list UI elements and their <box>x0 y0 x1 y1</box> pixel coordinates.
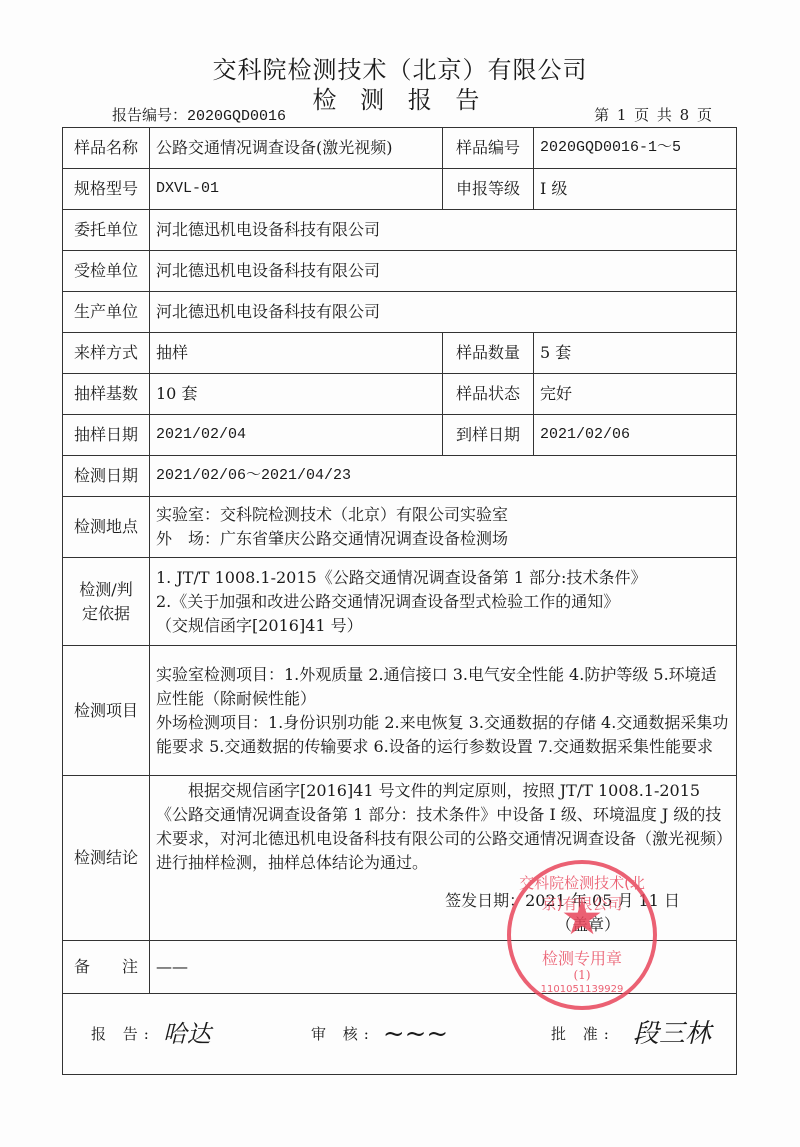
report-number-label: 报告编号： <box>112 106 187 124</box>
page-info: 第 1 页 共 8 页 <box>594 104 712 125</box>
basis-line3: （交规信函字[2016]41 号） <box>156 614 730 638</box>
value-conclusion: 根据交规信函字[2016]41 号文件的判定原则，按照 JT/T 1008.1-… <box>150 776 737 941</box>
label-client: 委托单位 <box>63 210 150 251</box>
issue-date: 签发日期：2021 年 05 月 11 日 <box>156 889 730 913</box>
value-sampling-base: 10 套 <box>150 374 443 415</box>
label-test-date: 检测日期 <box>63 456 150 497</box>
basis-line2: 2.《关于加强和改进公路交通情况调查设备型式检验工作的通知》 <box>156 590 730 614</box>
label-sample-name: 样品名称 <box>63 128 150 169</box>
label-basis-line1: 检测/判 <box>69 578 143 602</box>
label-sampling-method: 来样方式 <box>63 333 150 374</box>
label-grade: 申报等级 <box>443 169 534 210</box>
value-sample-qty: 5 套 <box>534 333 737 374</box>
table-row: 受检单位 河北德迅机电设备科技有限公司 <box>63 251 737 292</box>
label-sampling-date: 抽样日期 <box>63 415 150 456</box>
sig-review: 审 核: ~~~ <box>311 1022 551 1046</box>
report-table: 样品名称 公路交通情况调查设备(激光视频) 样品编号 2020GQD0016-1… <box>62 127 737 1075</box>
report-number-value: 2020GQD0016 <box>187 108 286 125</box>
sig-review-signature: ~~~ <box>383 1022 448 1046</box>
label-basis: 检测/判 定依据 <box>63 558 150 646</box>
label-remarks: 备 注 <box>63 941 150 994</box>
value-basis: 1. JT/T 1008.1-2015《公路交通情况调查设备第 1 部分:技术条… <box>150 558 737 646</box>
label-items: 检测项目 <box>63 646 150 776</box>
value-inspected-unit: 河北德迅机电设备科技有限公司 <box>150 251 737 292</box>
table-row: 抽样基数 10 套 样品状态 完好 <box>63 374 737 415</box>
sig-approve: 批 准: 段三林 <box>551 1022 711 1046</box>
table-row: 检测/判 定依据 1. JT/T 1008.1-2015《公路交通情况调查设备第… <box>63 558 737 646</box>
conclusion-text: 根据交规信函字[2016]41 号文件的判定原则，按照 JT/T 1008.1-… <box>156 779 730 875</box>
location-lab: 实验室：交科院检测技术（北京）有限公司实验室 <box>156 503 730 527</box>
table-row: 检测日期 2021/02/06～2021/04/23 <box>63 456 737 497</box>
sig-approve-signature: 段三林 <box>633 1022 711 1046</box>
sig-report-signature: 哈达 <box>163 1022 211 1046</box>
value-arrival-date: 2021/02/06 <box>534 415 737 456</box>
value-sample-state: 完好 <box>534 374 737 415</box>
items-field: 外场检测项目：1.身份识别功能 2.来电恢复 3.交通数据的存储 4.交通数据采… <box>156 711 730 759</box>
table-row: 抽样日期 2021/02/04 到样日期 2021/02/06 <box>63 415 737 456</box>
label-conclusion: 检测结论 <box>63 776 150 941</box>
label-sample-state: 样品状态 <box>443 374 534 415</box>
value-remarks: —— <box>150 941 737 994</box>
table-row: 来样方式 抽样 样品数量 5 套 <box>63 333 737 374</box>
value-client: 河北德迅机电设备科技有限公司 <box>150 210 737 251</box>
seal-note: （盖章） <box>156 913 730 937</box>
label-test-location: 检测地点 <box>63 497 150 558</box>
report-number: 报告编号：2020GQD0016 <box>112 104 286 125</box>
table-row: 备 注 —— <box>63 941 737 994</box>
value-grade: I 级 <box>534 169 737 210</box>
label-sample-qty: 样品数量 <box>443 333 534 374</box>
location-field: 外 场：广东省肇庆公路交通情况调查设备检测场 <box>156 527 730 551</box>
signature-row: 报 告: 哈达 审 核: ~~~ 批 准: 段三林 <box>63 994 737 1075</box>
value-manufacturer: 河北德迅机电设备科技有限公司 <box>150 292 737 333</box>
sig-review-label: 审 核: <box>311 1022 375 1046</box>
sig-approve-label: 批 准: <box>551 1022 615 1046</box>
table-row: 检测项目 实验室检测项目：1.外观质量 2.通信接口 3.电气安全性能 4.防护… <box>63 646 737 776</box>
sig-report-label: 报 告: <box>91 1022 155 1046</box>
value-sampling-method: 抽样 <box>150 333 443 374</box>
signature-cell: 报 告: 哈达 审 核: ~~~ 批 准: 段三林 <box>63 994 737 1075</box>
label-sample-no: 样品编号 <box>443 128 534 169</box>
label-manufacturer: 生产单位 <box>63 292 150 333</box>
items-lab: 实验室检测项目：1.外观质量 2.通信接口 3.电气安全性能 4.防护等级 5.… <box>156 663 730 711</box>
label-basis-line2: 定依据 <box>69 602 143 626</box>
label-inspected-unit: 受检单位 <box>63 251 150 292</box>
value-sample-no: 2020GQD0016-1～5 <box>534 128 737 169</box>
table-row: 生产单位 河北德迅机电设备科技有限公司 <box>63 292 737 333</box>
value-test-date: 2021/02/06～2021/04/23 <box>150 456 737 497</box>
value-model: DXVL-01 <box>150 169 443 210</box>
label-arrival-date: 到样日期 <box>443 415 534 456</box>
basis-line1: 1. JT/T 1008.1-2015《公路交通情况调查设备第 1 部分:技术条… <box>156 566 730 590</box>
label-model: 规格型号 <box>63 169 150 210</box>
table-row: 委托单位 河北德迅机电设备科技有限公司 <box>63 210 737 251</box>
table-row: 样品名称 公路交通情况调查设备(激光视频) 样品编号 2020GQD0016-1… <box>63 128 737 169</box>
table-row: 检测结论 根据交规信函字[2016]41 号文件的判定原则，按照 JT/T 10… <box>63 776 737 941</box>
value-sample-name: 公路交通情况调查设备(激光视频) <box>150 128 443 169</box>
value-test-location: 实验室：交科院检测技术（北京）有限公司实验室 外 场：广东省肇庆公路交通情况调查… <box>150 497 737 558</box>
value-items: 实验室检测项目：1.外观质量 2.通信接口 3.电气安全性能 4.防护等级 5.… <box>150 646 737 776</box>
sig-report: 报 告: 哈达 <box>91 1022 311 1046</box>
table-row: 检测地点 实验室：交科院检测技术（北京）有限公司实验室 外 场：广东省肇庆公路交… <box>63 497 737 558</box>
label-sampling-base: 抽样基数 <box>63 374 150 415</box>
table-row: 规格型号 DXVL-01 申报等级 I 级 <box>63 169 737 210</box>
value-sampling-date: 2021/02/04 <box>150 415 443 456</box>
